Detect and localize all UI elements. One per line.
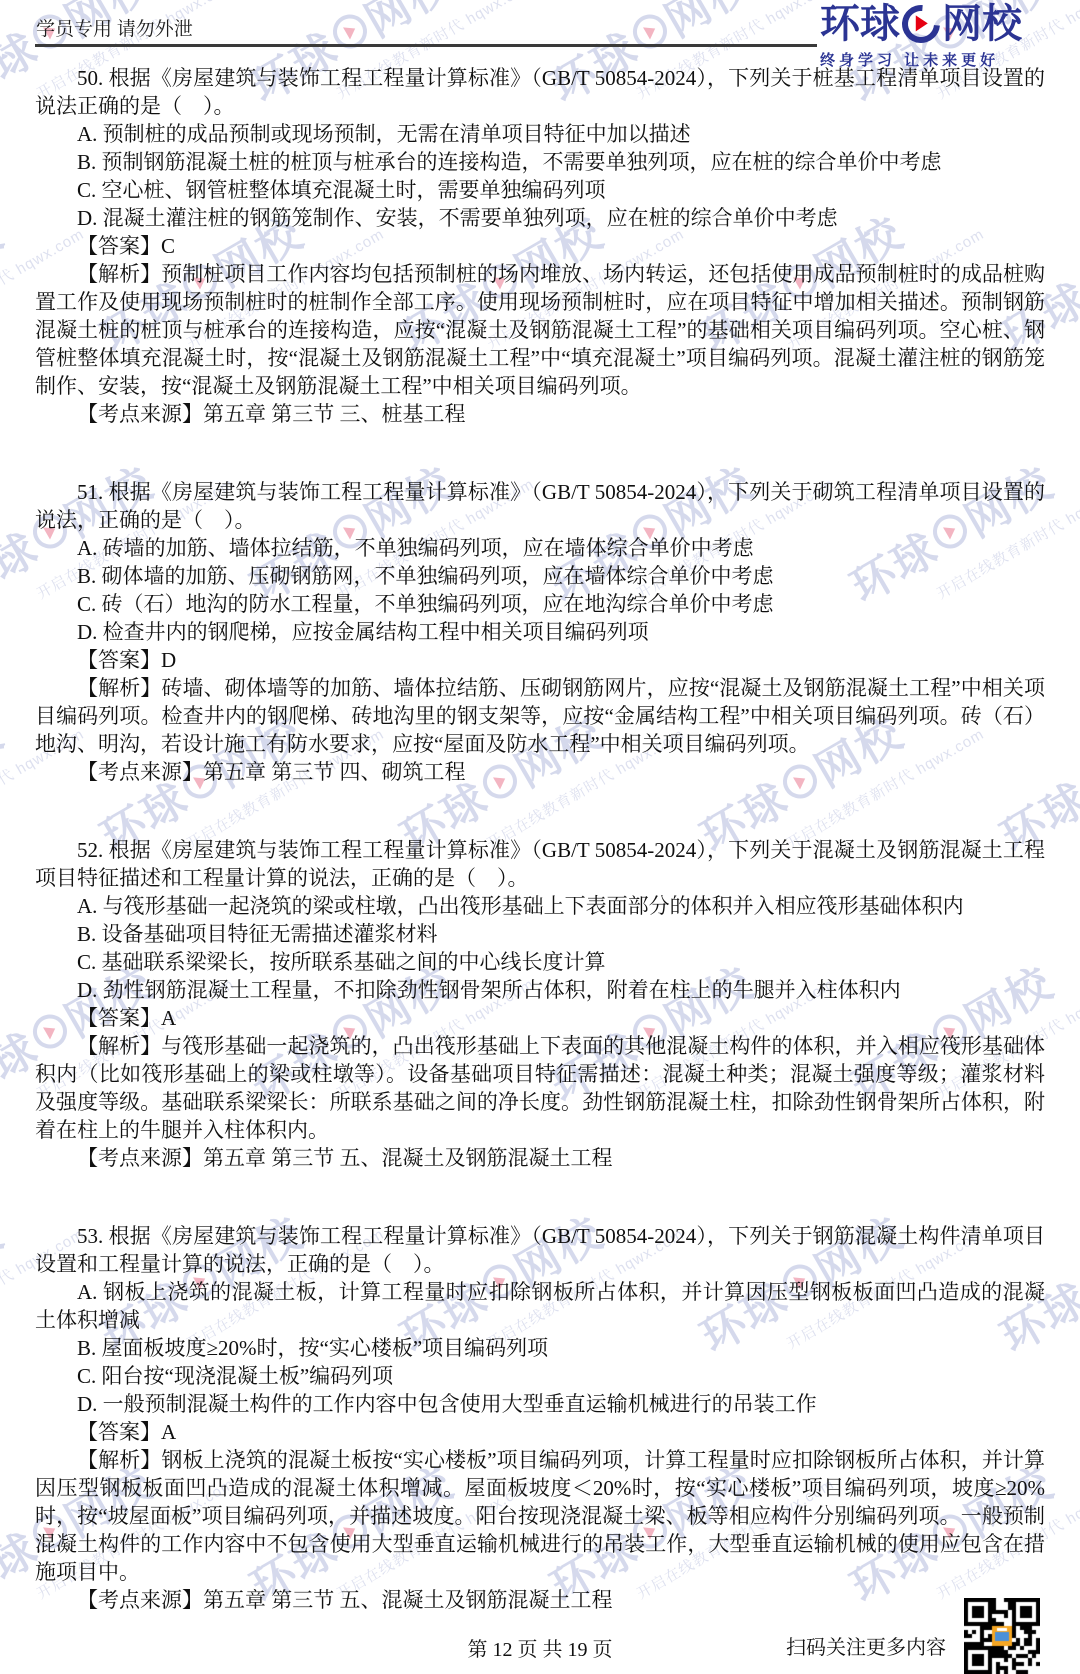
option-c: C. 砖（石）地沟的防水工程量，不单独编码列项，应在地沟综合单价中考虑 (35, 590, 1045, 618)
brand-logo-wordmark: 环球 网校 (820, 2, 1022, 46)
answer-label: 【答案】 (77, 234, 161, 258)
logo-text-right: 网校 (942, 2, 1022, 46)
option-d: D. 一般预制混凝土构件的工作内容中包含使用大型垂直运输机械进行的吊装工作 (35, 1390, 1045, 1418)
source-text: 第五章 第三节 五、混凝土及钢筋混凝土工程 (203, 1588, 613, 1612)
header-divider (35, 44, 817, 47)
analysis-line: 【解析】钢板上浇筑的混凝土板按“实心楼板”项目编码列项，计算工程量时应扣除钢板所… (35, 1446, 1045, 1586)
qr-caption: 扫码关注更多内容 (786, 1631, 946, 1660)
answer-value: C (161, 234, 175, 258)
question-50: 50. 根据《房屋建筑与装饰工程工程量计算标准》（GB/T 50854-2024… (35, 64, 1045, 428)
option-b: B. 预制钢筋混凝土桩的桩顶与桩承台的连接构造，不需要单独列项，应在桩的综合单价… (35, 148, 1045, 176)
question-51: 51. 根据《房屋建筑与装饰工程工程量计算标准》（GB/T 50854-2024… (35, 478, 1045, 786)
exam-content: 50. 根据《房屋建筑与装饰工程工程量计算标准》（GB/T 50854-2024… (35, 64, 1045, 1614)
source-label: 【考点来源】 (77, 760, 203, 784)
answer-line: 【答案】A (35, 1418, 1045, 1446)
answer-line: 【答案】D (35, 646, 1045, 674)
watermark-play-icon (627, 8, 673, 54)
question-stem: 53. 根据《房屋建筑与装饰工程工程量计算标准》（GB/T 50854-2024… (35, 1222, 1045, 1278)
option-b: B. 砌体墙的加筋、压砌钢筋网，不单独编码列项，应在墙体综合单价中考虑 (35, 562, 1045, 590)
qr-code (964, 1598, 1040, 1674)
analysis-text: 钢板上浇筑的混凝土板按“实心楼板”项目编码列项，计算工程量时应扣除钢板所占体积，… (35, 1448, 1045, 1584)
answer-label: 【答案】 (77, 1420, 161, 1444)
option-c: C. 阳台按“现浇混凝土板”编码列项 (35, 1362, 1045, 1390)
confidential-note: 学员专用 请勿外泄 (36, 14, 193, 41)
source-line: 【考点来源】第五章 第三节 四、砌筑工程 (35, 758, 1045, 786)
analysis-line: 【解析】预制桩项目工作内容均包括预制桩的场内堆放、场内转运，还包括使用成品预制桩… (35, 260, 1045, 400)
answer-value: A (161, 1420, 176, 1444)
analysis-label: 【解析】 (77, 1448, 161, 1472)
analysis-line: 【解析】砖墙、砌体墙等的加筋、墙体拉结筋、压砌钢筋网片，应按“混凝土及钢筋混凝土… (35, 674, 1045, 758)
answer-line: 【答案】A (35, 1004, 1045, 1032)
analysis-text: 砖墙、砌体墙等的加筋、墙体拉结筋、压砌钢筋网片，应按“混凝土及钢筋混凝土工程”中… (35, 676, 1045, 756)
analysis-text: 与筏形基础一起浇筑的，凸出筏形基础上下表面的其他混凝土构件的体积，并入相应筏形基… (35, 1034, 1045, 1142)
watermark-play-icon (327, 8, 373, 54)
answer-value: D (161, 648, 176, 672)
logo-text-left: 环球 (820, 2, 900, 46)
source-line: 【考点来源】第五章 第三节 五、混凝土及钢筋混凝土工程 (35, 1586, 1045, 1614)
answer-label: 【答案】 (77, 648, 161, 672)
option-c: C. 空心桩、钢管桩整体填充混凝土时，需要单独编码列项 (35, 176, 1045, 204)
source-label: 【考点来源】 (77, 402, 203, 426)
brand-logo: 环球 网校 终身学习 让未来更好 (820, 2, 1022, 70)
play-triangle-icon (916, 15, 928, 31)
option-a: A. 钢板上浇筑的混凝土板，计算工程量时应扣除钢板所占体积，并计算因压型钢板板面… (35, 1278, 1045, 1334)
option-d: D. 检查井内的钢爬梯，应按金属结构工程中相关项目编码列项 (35, 618, 1045, 646)
answer-value: A (161, 1006, 176, 1030)
question-52: 52. 根据《房屋建筑与装饰工程工程量计算标准》（GB/T 50854-2024… (35, 836, 1045, 1172)
option-a: A. 预制桩的成品预制或现场预制，无需在清单项目特征中加以描述 (35, 120, 1045, 148)
option-b: B. 屋面板坡度≥20%时，按“实心楼板”项目编码列项 (35, 1334, 1045, 1362)
source-line: 【考点来源】第五章 第三节 三、桩基工程 (35, 400, 1045, 428)
option-a: A. 与筏形基础一起浇筑的梁或柱墩，凸出筏形基础上下表面部分的体积并入相应筏形基… (35, 892, 1045, 920)
document-page: 环球网校开启在线教育新时代 hqwx.com环球网校开启在线教育新时代 hqwx… (0, 0, 1080, 1674)
question-stem: 52. 根据《房屋建筑与装饰工程工程量计算标准》（GB/T 50854-2024… (35, 836, 1045, 892)
option-d: D. 混凝土灌注桩的钢筋笼制作、安装，不需要单独列项，应在桩的综合单价中考虑 (35, 204, 1045, 232)
source-label: 【考点来源】 (77, 1146, 203, 1170)
source-label: 【考点来源】 (77, 1588, 203, 1612)
option-b: B. 设备基础项目特征无需描述灌浆材料 (35, 920, 1045, 948)
question-53: 53. 根据《房屋建筑与装饰工程工程量计算标准》（GB/T 50854-2024… (35, 1222, 1045, 1614)
source-text: 第五章 第三节 三、桩基工程 (203, 402, 466, 426)
analysis-label: 【解析】 (77, 1034, 161, 1058)
source-line: 【考点来源】第五章 第三节 五、混凝土及钢筋混凝土工程 (35, 1144, 1045, 1172)
answer-label: 【答案】 (77, 1006, 161, 1030)
source-text: 第五章 第三节 五、混凝土及钢筋混凝土工程 (203, 1146, 613, 1170)
question-stem: 50. 根据《房屋建筑与装饰工程工程量计算标准》（GB/T 50854-2024… (35, 64, 1045, 120)
analysis-label: 【解析】 (77, 262, 161, 286)
option-d: D. 劲性钢筋混凝土工程量，不扣除劲性钢骨架所占体积，附着在柱上的牛腿并入柱体积… (35, 976, 1045, 1004)
answer-line: 【答案】C (35, 232, 1045, 260)
question-stem: 51. 根据《房屋建筑与装饰工程工程量计算标准》（GB/T 50854-2024… (35, 478, 1045, 534)
option-a: A. 砖墙的加筋、墙体拉结筋，不单独编码列项，应在墙体综合单价中考虑 (35, 534, 1045, 562)
source-text: 第五章 第三节 四、砌筑工程 (203, 760, 466, 784)
option-c: C. 基础联系梁梁长，按所联系基础之间的中心线长度计算 (35, 948, 1045, 976)
brand-tagline: 终身学习 让未来更好 (820, 49, 1022, 70)
analysis-text: 预制桩项目工作内容均包括预制桩的场内堆放、场内转运，还包括使用成品预制桩时的成品… (35, 262, 1045, 398)
analysis-line: 【解析】与筏形基础一起浇筑的，凸出筏形基础上下表面的其他混凝土构件的体积，并入相… (35, 1032, 1045, 1144)
analysis-label: 【解析】 (77, 676, 161, 700)
play-circle-icon (894, 0, 948, 51)
